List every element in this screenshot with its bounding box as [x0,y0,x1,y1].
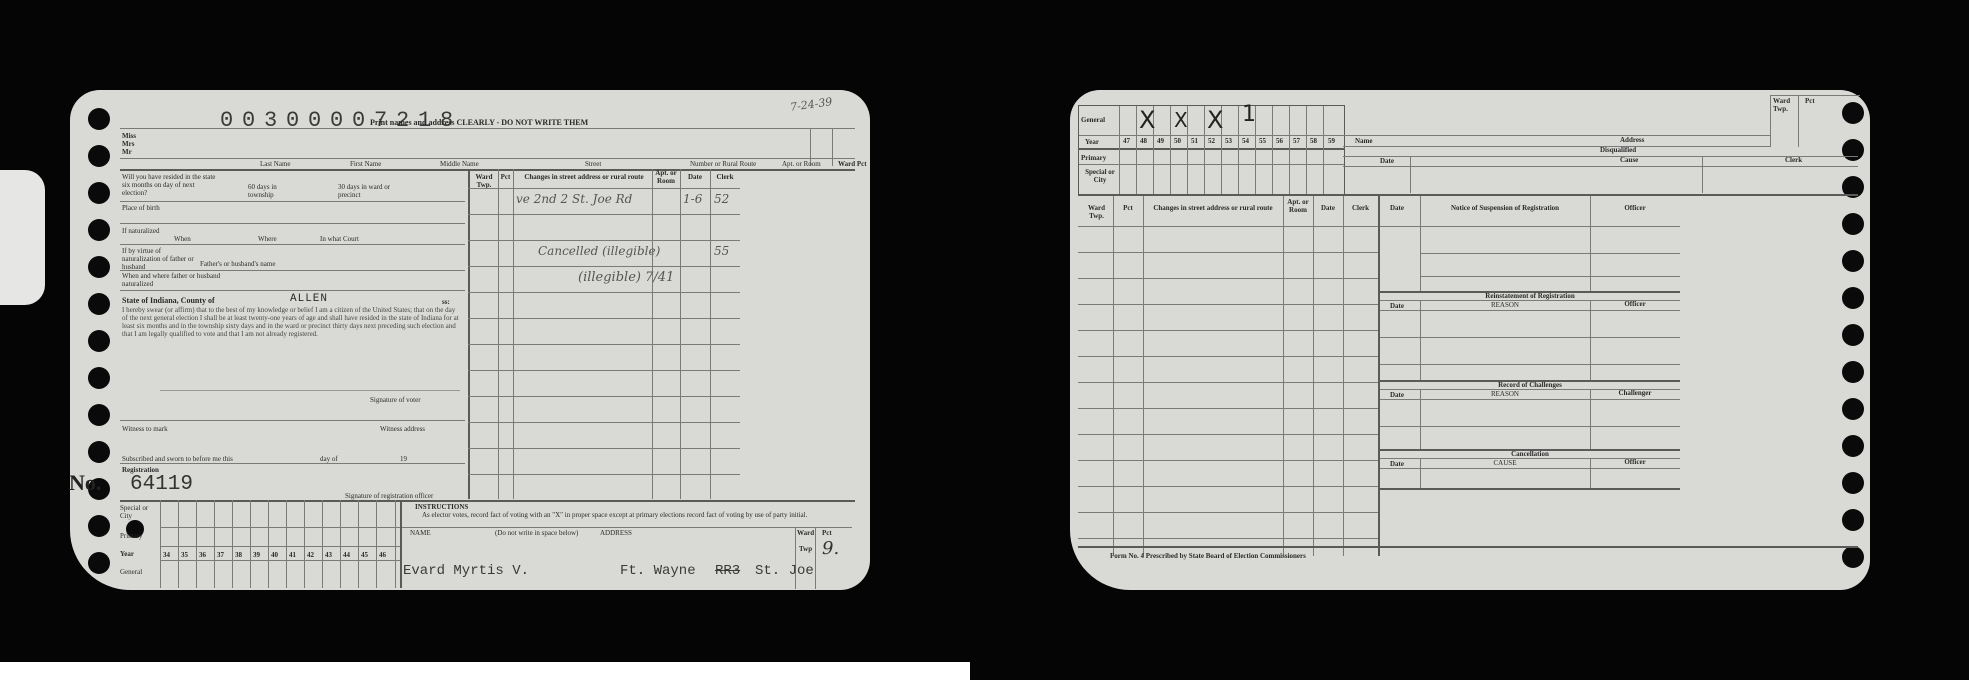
divider [1343,166,1858,167]
instructions-text: As elector votes, record fact of voting … [422,511,852,519]
typed-street: St. Joe [755,563,814,579]
punch-hole [88,552,110,574]
title-miss: Miss [122,132,136,140]
punch-hole [88,182,110,204]
oath-heading: State of Indiana, County of [122,296,215,305]
col-date: Date [1313,204,1343,212]
divider [402,527,852,528]
row-primary: Primary [1081,154,1106,162]
date-label: Date [1380,157,1394,165]
row-primary: Primary [120,532,143,540]
background-card-edge [0,170,45,305]
vote-mark: X [1174,108,1188,132]
corner-note: 7-24-39 [789,95,833,114]
serial-digit: 0 [242,108,264,133]
officer-signature-label: Signature of registration officer [345,492,433,500]
reinstatement-date-label: Date [1390,302,1404,310]
punch-hole [88,330,110,352]
place-of-birth-label: Place of birth [122,204,162,212]
reinstatement-title: Reinstatement of Registration [1380,292,1680,300]
registration-card-back: General Year Primary Special or City 47 … [1070,90,1870,590]
divider [1343,135,1770,136]
year-label: 43 [325,551,332,559]
punch-hole [88,256,110,278]
footer-do-not-write: (Do not write in space below) [495,529,578,537]
row-clerk: 55 [714,244,729,258]
day-of-label: day of [320,455,338,463]
col-apt: Apt. or Room [652,169,680,185]
cancellation-cause-label: CAUSE [1420,459,1590,467]
voter-signature-label: Signature of voter [370,396,421,404]
father-name-label: Father's or husband's name [200,260,275,268]
where-label: Where [258,235,277,243]
registration-card-front: 00300007218 Print names and address CLEA… [70,90,870,590]
serial-digit: 0 [330,108,352,133]
middle-name-label: Middle Name [440,160,479,168]
subscribed-label: Subscribed and sworn to before me this [122,455,233,463]
year-label: 44 [343,551,350,559]
cancellation-date-label: Date [1390,460,1404,468]
cancellation-title: Cancellation [1380,450,1680,458]
year-label: 35 [181,551,188,559]
punch-hole [1842,472,1864,494]
footer-pct-label: Pct [822,529,832,537]
divider [1078,546,1858,548]
father-label: If by virtue of naturalization of father… [122,247,194,271]
witness-address-label: Witness address [380,425,425,433]
row-change: (illegible) 7/41 [578,270,674,285]
township-label: 60 days in township [248,183,298,199]
challenges-title: Record of Challenges [1380,381,1680,389]
divider [120,270,465,271]
col-clerk: Clerk [710,173,740,181]
row-change: Cancelled (illegible) [538,244,660,258]
county-value: ALLEN [290,293,328,305]
punch-hole [88,219,110,241]
year-label: 46 [379,551,386,559]
vote-mark: X [1139,106,1155,134]
divider [1798,95,1799,147]
serial-digit: 0 [220,108,242,133]
col-date: Date [680,173,710,181]
divider [120,128,855,129]
typed-pct: 9. [822,538,839,559]
year-label: 51 [1191,137,1198,145]
witness-mark-label: Witness to mark [122,425,168,433]
challenger-label: Challenger [1590,389,1680,397]
oath-text: I hereby swear (or affirm) that to the b… [122,306,462,338]
suspension-date-label: Date [1390,204,1404,212]
form-footer: Form No. 4 Prescribed by State Board of … [1110,552,1306,560]
title-mr: Mr [122,148,136,156]
name-label: Name [1355,137,1373,145]
punch-hole [1842,361,1864,383]
ward-label: Ward [838,160,855,168]
clerk-label: Clerk [1785,156,1802,164]
punch-hole [1842,213,1864,235]
footer-address-label: ADDRESS [600,529,632,537]
pct-label: Pct [857,160,867,168]
year-label: 45 [361,551,368,559]
year-label: 47 [1123,137,1130,145]
divider [400,500,402,588]
scan-border [0,662,970,680]
instructions-title: INSTRUCTIONS [415,503,468,511]
punch-hole [1842,250,1864,272]
footer-twp-label: Twp [799,545,812,553]
divider [120,420,465,421]
reinstatement-reason-label: REASON [1420,301,1590,309]
year-suffix: 19 [400,455,407,463]
col-pct: Pct [1113,204,1143,212]
vote-mark: 1 [1242,102,1256,127]
year-label: 37 [217,551,224,559]
year-label: 50 [1174,137,1181,145]
col-ward: Ward Twp. [470,173,498,189]
divider [1343,156,1858,157]
divider [120,244,465,245]
cause-label: Cause [1620,156,1638,164]
row-general: General [1081,116,1105,124]
year-label: 54 [1242,137,1249,145]
punch-hole [1842,287,1864,309]
punch-hole [1842,398,1864,420]
title-labels: Miss Mrs Mr [122,132,136,156]
row-date: 1-6 [683,192,702,206]
divider [832,128,833,166]
punch-hole [1842,509,1864,531]
punch-hole [88,145,110,167]
vote-mark: X [1207,106,1223,134]
title-mrs: Mrs [122,140,136,148]
divider [815,527,816,589]
footer-ward-label: Ward [797,529,814,537]
divider [1770,95,1860,96]
year-label: 55 [1259,137,1266,145]
suspension-title: Notice of Suspension of Registration [1420,204,1590,212]
court-label: In what Court [320,235,359,243]
divider [1410,156,1411,193]
challenges-reason-label: REASON [1420,390,1590,398]
col-apt: Apt. or Room [1283,198,1313,214]
ward-days-label: 30 days in ward or precinct [338,183,398,199]
row-year: Year [1085,138,1099,146]
street-label: Street [585,160,601,168]
punch-hole [1842,324,1864,346]
serial-digit: 3 [264,108,286,133]
typed-name: Evard Myrtis V. [403,563,529,579]
punch-hole [88,515,110,537]
suspension-officer-label: Officer [1590,204,1680,212]
punch-hole [88,293,110,315]
cancellation-officer-label: Officer [1590,458,1680,466]
divider [120,223,465,224]
when-label: When [174,235,191,243]
year-label: 41 [289,551,296,559]
year-label: 52 [1208,137,1215,145]
punch-hole [1842,435,1864,457]
divider [120,290,465,291]
divider [120,463,465,464]
father-when-label: When and where father or husband natural… [122,272,222,288]
row-year: Year [120,550,134,558]
naturalized-label: If naturalized [122,227,162,235]
punch-hole [88,441,110,463]
address-label: Address [1620,136,1644,144]
year-label: 42 [307,551,314,559]
pct-label: Pct [1805,97,1815,105]
serial-digit: 0 [286,108,308,133]
col-clerk: Clerk [1343,204,1378,212]
row-general: General [120,568,142,576]
year-label: 38 [235,551,242,559]
year-label: 48 [1140,137,1147,145]
punch-hole [1842,139,1864,161]
year-label: 58 [1310,137,1317,145]
apt-label: Apt. or Room [782,160,821,168]
year-label: 36 [199,551,206,559]
typed-city: Ft. Wayne [620,563,696,579]
status-sections: Date Notice of Suspension of Registratio… [1380,196,1785,556]
address-changes-table: Ward Twp. Pct Changes in street address … [468,169,858,499]
punch-hole [1842,102,1864,124]
row-clerk: 52 [714,192,729,206]
disqualified-label: Disqualified [1600,146,1636,154]
ss-label: ss: [442,298,450,306]
divider [120,158,855,159]
year-label: 53 [1225,137,1232,145]
year-label: 34 [163,551,170,559]
serial-digit: 0 [308,108,330,133]
header-instruction: Print names and address CLEARLY - DO NOT… [370,118,588,127]
row-special: Special or City [1081,168,1119,184]
registration-no-prefix: No. [69,470,101,496]
divider [120,201,465,202]
signature-line [160,390,460,391]
residency-question: Will you have resided in the state six m… [122,173,217,197]
punch-hole [1842,546,1864,568]
ward-twp-label: Ward Twp. [1773,97,1797,113]
number-label: Number or Rural Route [690,160,756,168]
col-pct: Pct [498,173,513,181]
year-label: 49 [1157,137,1164,145]
year-label: 59 [1328,137,1335,145]
divider [1343,146,1770,147]
year-label: 56 [1276,137,1283,145]
divider [1702,156,1703,193]
voting-record-1947-1959: General Year Primary Special or City 47 … [1078,105,1345,195]
typed-struck-route: RR3 [715,563,740,579]
col-change: Changes in street address or rural route [1143,204,1283,212]
punch-hole [88,367,110,389]
row-change: ve 2nd 2 St. Joe Rd [516,192,632,206]
challenges-date-label: Date [1390,391,1404,399]
year-label: 39 [253,551,260,559]
first-name-label: First Name [350,160,381,168]
year-label: 40 [271,551,278,559]
last-name-label: Last Name [260,160,291,168]
punch-hole [88,404,110,426]
punch-hole [88,108,110,130]
col-ward: Ward Twp. [1080,204,1113,220]
voting-record-1934-1946: Special or City Primary Year General 34 … [120,500,400,588]
divider [1770,95,1771,147]
col-change: Changes in street address or rural route [516,173,652,181]
year-label: 57 [1293,137,1300,145]
divider [795,527,796,589]
footer-name-label: NAME [410,529,431,537]
reinstatement-officer-label: Officer [1590,300,1680,308]
row-special: Special or City [120,504,160,520]
registration-number: 64119 [130,473,193,496]
